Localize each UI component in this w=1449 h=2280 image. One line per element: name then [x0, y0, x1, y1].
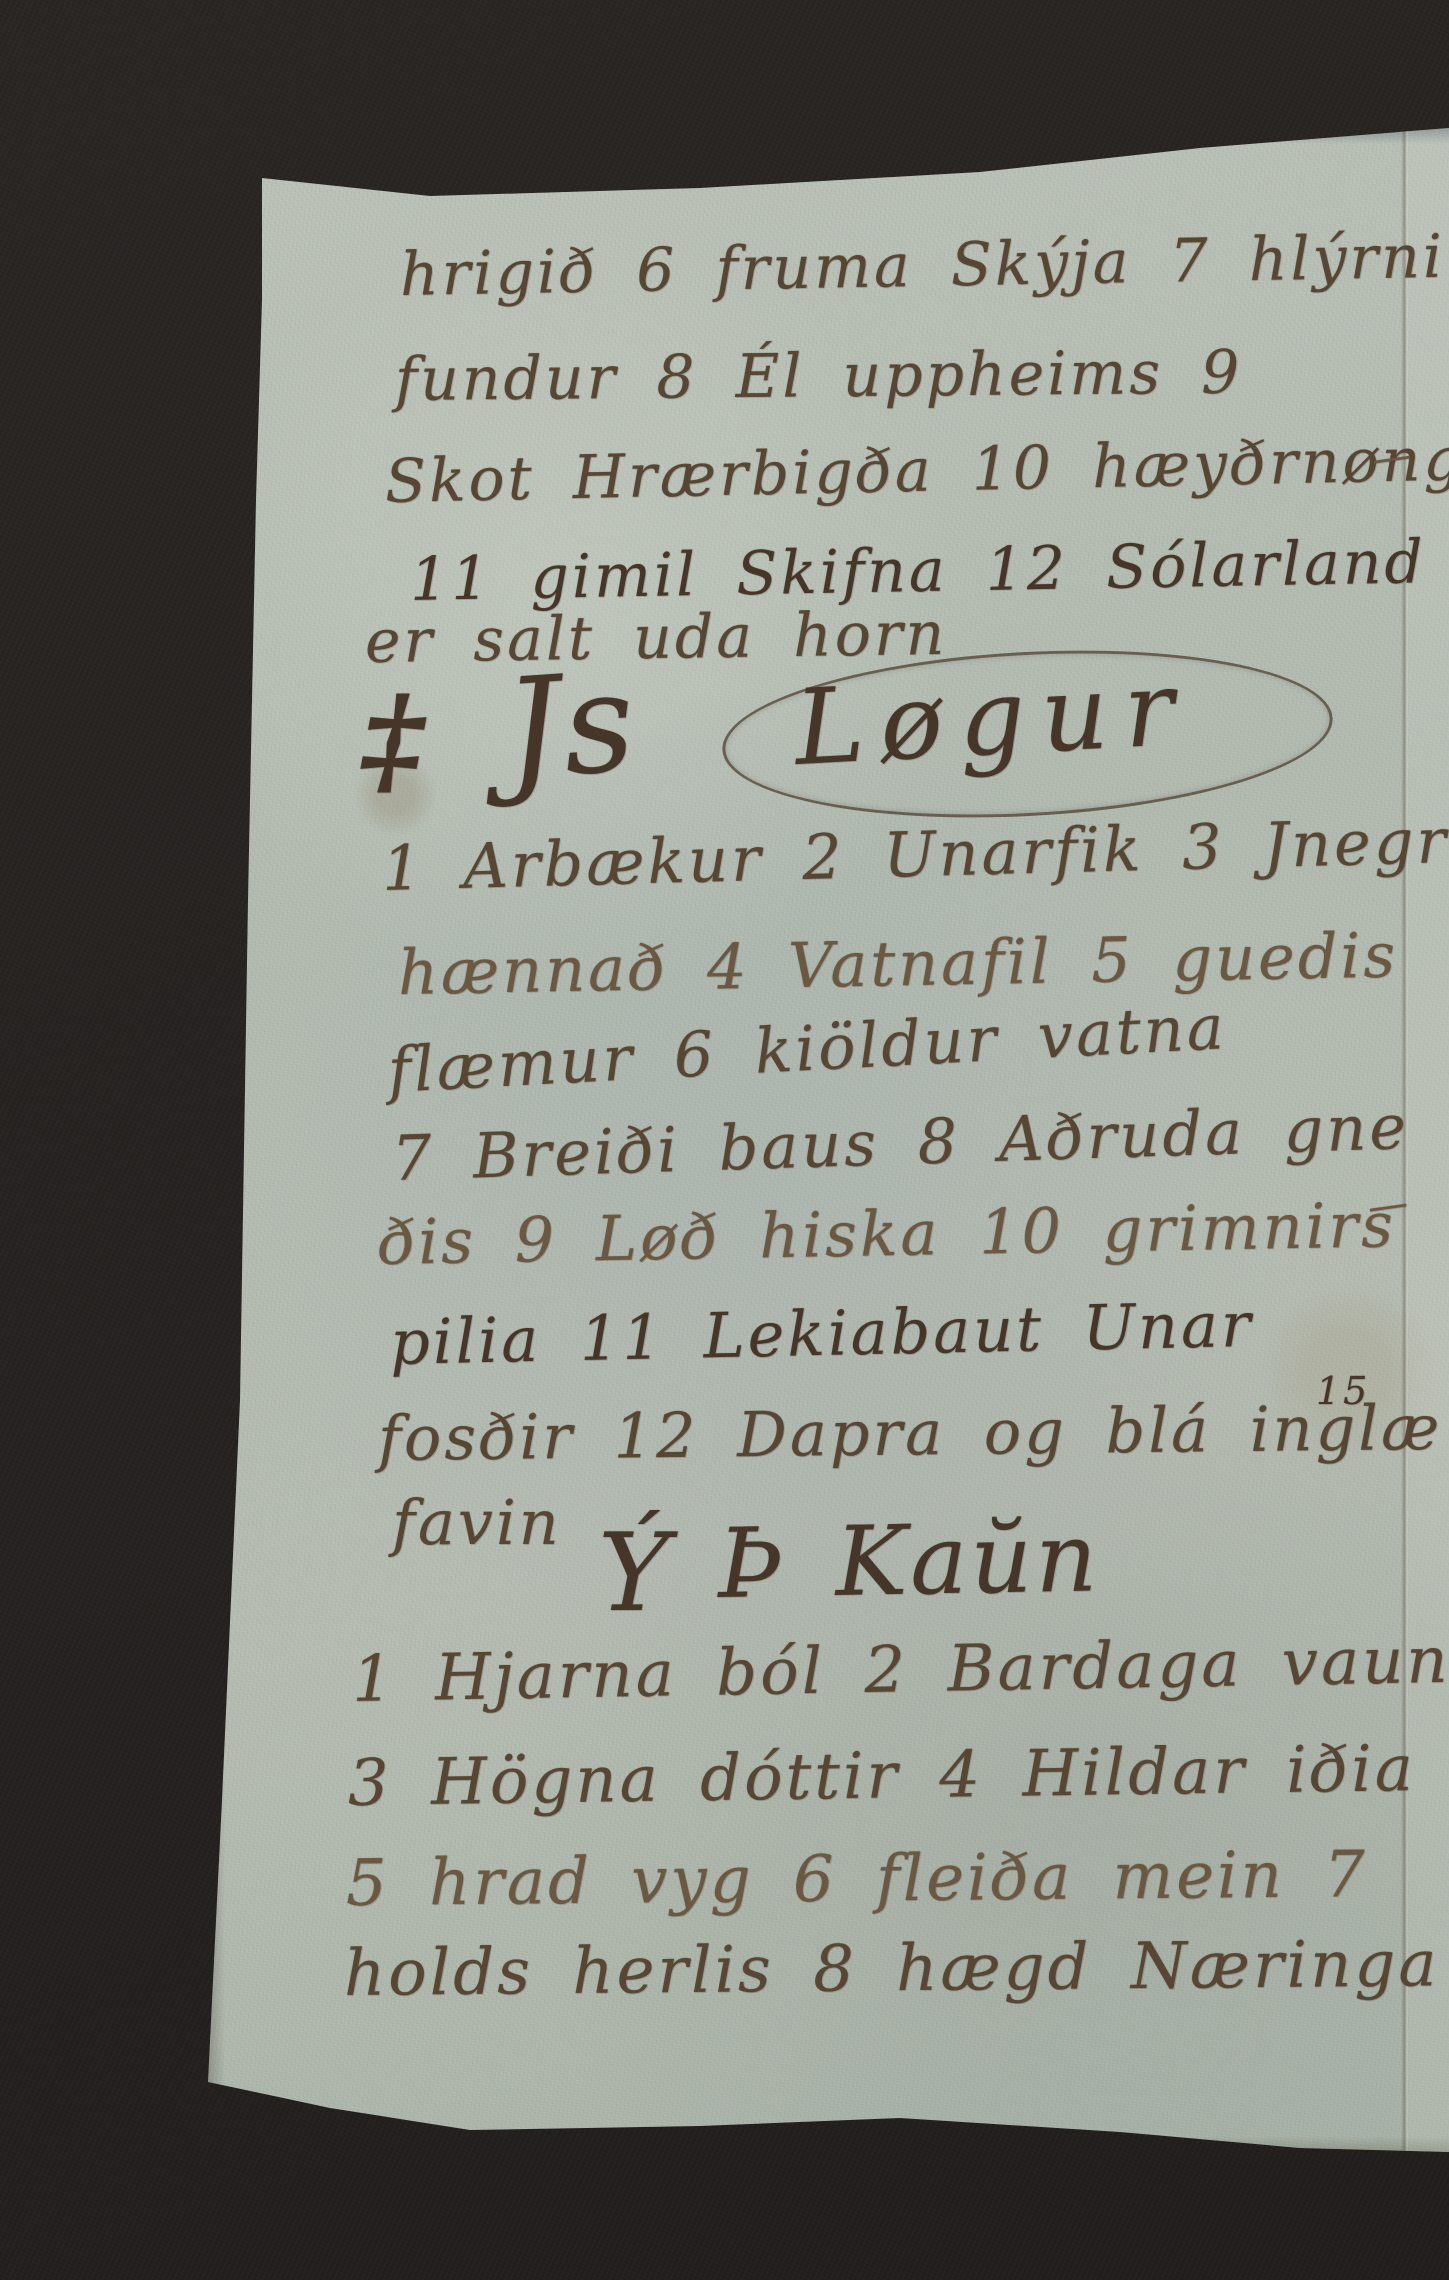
cross-mark: ‡ [362, 680, 428, 800]
handwriting-line: ðis 9 Løð hiska 10 grimnirs [377, 1194, 1396, 1274]
section-heading-word: Þ Kaŭn [717, 1509, 1101, 1612]
handwriting-line: fundur 8 Él uppheims 9 [395, 343, 1243, 410]
torn-top-edge-shadow [195, 118, 1449, 144]
handwriting-line: flæmur 6 kiöldur vatna [386, 996, 1228, 1102]
handwriting-line: hrigið 6 fruma Skýja 7 hlýrnir [399, 226, 1449, 305]
handwriting-line: hænnað 4 Vatnafil 5 guedis [397, 925, 1398, 1004]
superscript-note: 15 [1316, 1372, 1370, 1410]
circled-heading-word: Løgur [792, 655, 1192, 780]
heading-mark: Ý [598, 1520, 672, 1628]
heading-script-initials: Js [500, 653, 641, 800]
handwriting-line: fosðir 12 Dapra og blá inglæ [378, 1397, 1443, 1470]
torn-bottom-edge-shadow [195, 2136, 1449, 2170]
handwriting-line: 1 Arbækur 2 Unarfik 3 Jnegr [381, 810, 1449, 900]
macron-mark: — [1365, 1182, 1413, 1228]
handwriting-line: 3 Högna dóttir 4 Hildar iðia [348, 1737, 1417, 1816]
handwriting-line: holds herlis 8 hægd Næringa [344, 1932, 1440, 2006]
handwriting-line: 7 Breiði baus 8 Aðruda gne [391, 1096, 1410, 1190]
handwriting-line: Skot Hrærbigða 10 hæyðrnøng [384, 429, 1449, 512]
handwriting-line: 1 Hjarna ból 2 Bardaga vaun [351, 1629, 1449, 1712]
handwriting-line: 5 hrad vyg 6 fleiða mein 7 [346, 1843, 1368, 1916]
manuscript-page: hrigið 6 fruma Skýja 7 hlýrnir fundur 8 … [195, 118, 1449, 2170]
manuscript-scan: hrigið 6 fruma Skýja 7 hlýrnir fundur 8 … [0, 0, 1449, 2280]
macron-mark: — [1369, 434, 1417, 480]
handwriting-line: pilia 11 Lekiabaut Unar [389, 1294, 1254, 1374]
handwriting-line: favin [392, 1492, 562, 1554]
left-edge-shadow [195, 118, 225, 2170]
handwriting-line: er salt uda horn [365, 604, 948, 672]
